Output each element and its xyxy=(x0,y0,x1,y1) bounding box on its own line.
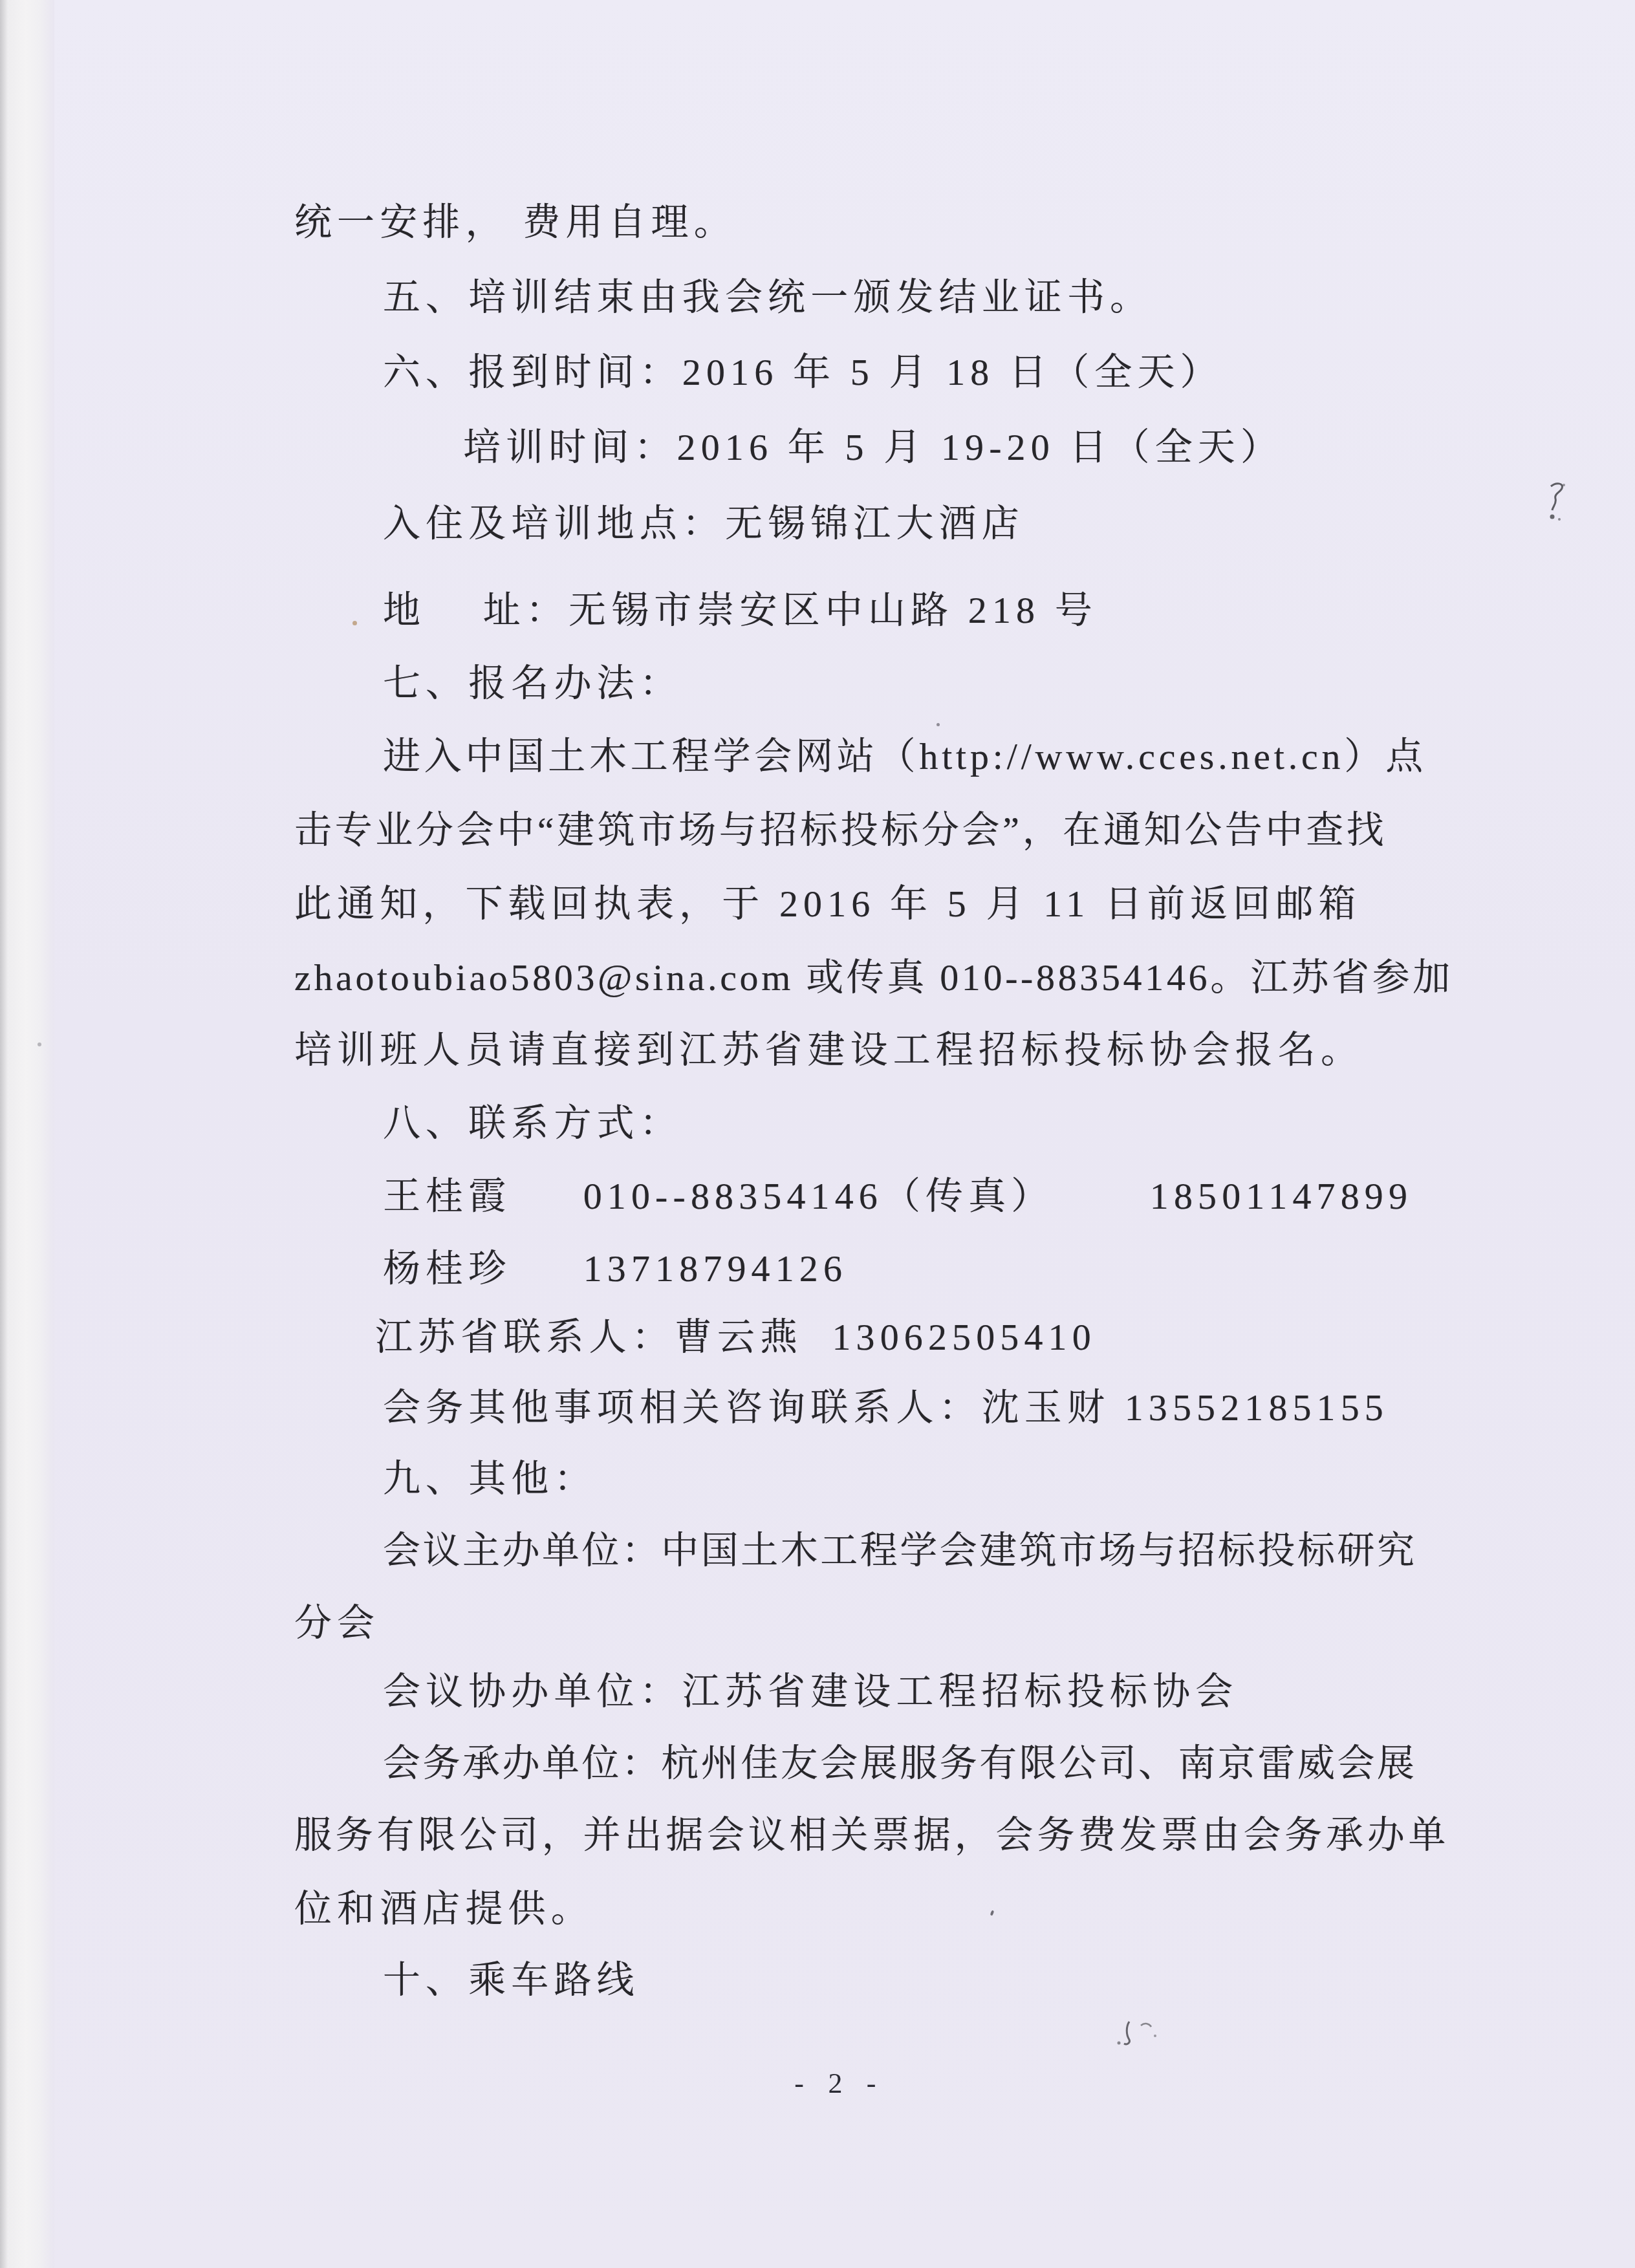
scanner-edge-strip xyxy=(0,0,54,2268)
doc-line-contact-2: 杨桂珍 13718794126 xyxy=(383,1248,847,1290)
doc-line-organizer: 会议主办单位：中国土木工程学会建筑市场与招标投标研究 xyxy=(383,1530,1416,1572)
doc-line-venue: 入住及培训地点：无锡锦江大酒店 xyxy=(383,503,1024,545)
doc-line-address: 地 址：无锡市崇安区中山路 218 号 xyxy=(383,590,1098,632)
scan-speck xyxy=(937,723,940,726)
doc-line-section-5: 五、培训结束由我会统一颁发结业证书。 xyxy=(383,277,1153,319)
ink-smudge xyxy=(1544,480,1572,526)
doc-line-section-6: 六、报到时间：2016 年 5 月 18 日（全天） xyxy=(383,352,1223,394)
ink-smudge xyxy=(1112,2016,1171,2058)
doc-line-contact-1: 王桂霞 010--88354146（传真） 18501147899 xyxy=(383,1176,1413,1218)
doc-line: 分会 xyxy=(294,1603,380,1645)
scan-speck xyxy=(38,1042,41,1046)
doc-line-contact-jiangsu: 江苏省联系人：曹云燕 13062505410 xyxy=(375,1317,1096,1359)
doc-line-co-organizer: 会议协办单位：江苏省建设工程招标投标协会 xyxy=(383,1671,1238,1713)
doc-line-email-fax: zhaotoubiao5803@sina.com 或传真 010--883541… xyxy=(294,957,1453,999)
doc-line: 服务有限公司，并出据会议相关票据，会务费发票由会务承办单 xyxy=(294,1815,1449,1857)
scan-speck xyxy=(990,1910,994,1916)
doc-line-undertaker: 会务承办单位：杭州佳友会展服务有限公司、南京雷威会展 xyxy=(383,1743,1416,1785)
doc-line-section-9: 九、其他： xyxy=(383,1458,597,1500)
page-number: - 2 - xyxy=(22,2067,1635,2100)
doc-line: 击专业分会中“建筑市场与招标投标分会”，在通知公告中查找 xyxy=(294,810,1387,852)
doc-line: 位和酒店提供。 xyxy=(294,1888,594,1930)
doc-line-section-8: 八、联系方式： xyxy=(383,1103,682,1145)
doc-line: 此通知，下载回执表，于 2016 年 5 月 11 日前返回邮箱 xyxy=(294,883,1361,925)
scan-speck xyxy=(352,621,357,625)
doc-line-contact-other: 会务其他事项相关咨询联系人：沈玉财 13552185155 xyxy=(383,1387,1389,1429)
scanned-document-page: 统一安排， 费用自理。 五、培训结束由我会统一颁发结业证书。 六、报到时间：20… xyxy=(0,0,1635,2268)
doc-line: 统一安排， 费用自理。 xyxy=(294,202,737,244)
doc-line-website: 进入中国土木工程学会网站（http://www.cces.net.cn）点 xyxy=(383,736,1427,778)
doc-line-training-time: 培训时间：2016 年 5 月 19-20 日（全天） xyxy=(463,427,1283,469)
doc-line-section-10: 十、乘车路线 xyxy=(383,1960,640,2002)
doc-line-section-7: 七、报名办法： xyxy=(383,663,682,705)
doc-line: 培训班人员请直接到江苏省建设工程招标投标协会报名。 xyxy=(294,1030,1363,1072)
